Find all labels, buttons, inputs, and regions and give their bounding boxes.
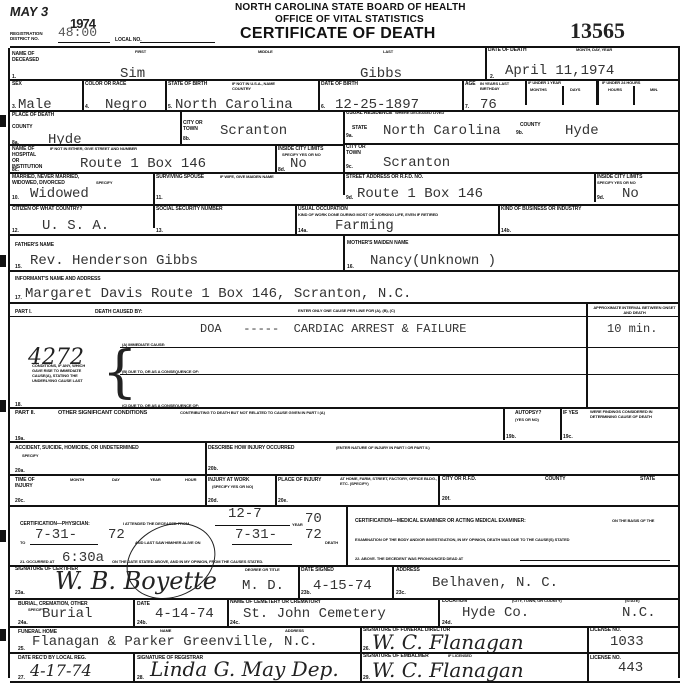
street-address-field: Route 1 Box 146 xyxy=(357,186,483,202)
attended-from-field: 12-7 xyxy=(228,506,262,522)
immediate-cause-field: DOA ----- CARDIAC ARREST & FAILURE xyxy=(200,322,466,336)
agency-line-1: NORTH CAROLINA STATE BOARD OF HEALTH xyxy=(235,2,466,13)
cemetery-field: St. John Cemetery xyxy=(243,606,386,622)
occupation-field: Farming xyxy=(335,218,394,234)
registration-district-label: REGISTRATION DISTRICT NO. xyxy=(10,31,58,41)
document-title: CERTIFICATE OF DEATH xyxy=(240,25,436,43)
date-signed-field: 4-15-74 xyxy=(313,578,372,594)
certifier-address-field: Belhaven, N. C. xyxy=(432,575,558,591)
attended-to-year-field: 72 xyxy=(108,527,125,543)
father-name-field: Rev. Henderson Gibbs xyxy=(30,253,198,269)
agency-line-2: OFFICE OF VITAL STATISTICS xyxy=(275,14,424,25)
received-date-stamp: MAY 3 xyxy=(9,4,49,19)
disposition-field: Burial xyxy=(42,606,92,622)
informant-field: Margaret Davis Route 1 Box 146, Scranton… xyxy=(25,286,411,302)
registrar-signature: Linda G. May Dep. xyxy=(150,657,339,681)
funeral-home-field: Flanagan & Parker Greenville, N.C. xyxy=(32,634,318,650)
place-city-field: Scranton xyxy=(220,123,287,139)
interval-a-field: 10 min. xyxy=(607,322,657,336)
residence-state-field: North Carolina xyxy=(383,123,501,139)
attended-from-year-field: 70 xyxy=(305,511,322,527)
certificate-number: 13565 xyxy=(570,18,625,44)
disposition-date-field: 4-14-74 xyxy=(155,606,214,622)
citizen-field: U. S. A. xyxy=(42,218,109,234)
embalmer-signature: W. C. Flanagan xyxy=(372,658,524,682)
date-received-field: 4-17-74 xyxy=(30,661,92,680)
residence-city-field: Scranton xyxy=(383,155,450,171)
marital-status-field: Widowed xyxy=(30,186,89,202)
registration-district-value: 48:00 xyxy=(58,25,97,40)
fd-license-field: 1033 xyxy=(610,634,644,650)
mother-maiden-name-field: Nancy(Unknown ) xyxy=(370,253,496,269)
last-seen-field: 7-31- xyxy=(235,527,277,543)
location-state-field: N.C. xyxy=(622,605,656,621)
time-occurred-field: 6:30a xyxy=(62,550,104,566)
name-of-deceased-label: NAME OF DECEASED xyxy=(12,51,42,63)
residence-county-field: Hyde xyxy=(565,123,599,139)
embalmer-license-field: 443 xyxy=(618,660,643,676)
date-of-death-field: April 11,1974 xyxy=(505,63,614,79)
place-inside-city-field: No xyxy=(290,156,307,172)
degree-field: M. D. xyxy=(242,578,284,594)
last-seen-year-field: 72 xyxy=(305,527,322,543)
local-no-label: LOCAL NO. xyxy=(115,37,142,43)
location-county-field: Hyde Co. xyxy=(462,605,529,621)
attended-to-field: 7-31- xyxy=(35,527,77,543)
residence-inside-city-field: No xyxy=(622,186,639,202)
hospital-field: Route 1 Box 146 xyxy=(80,156,206,172)
funeral-director-signature: W. C. Flanagan xyxy=(372,630,524,654)
